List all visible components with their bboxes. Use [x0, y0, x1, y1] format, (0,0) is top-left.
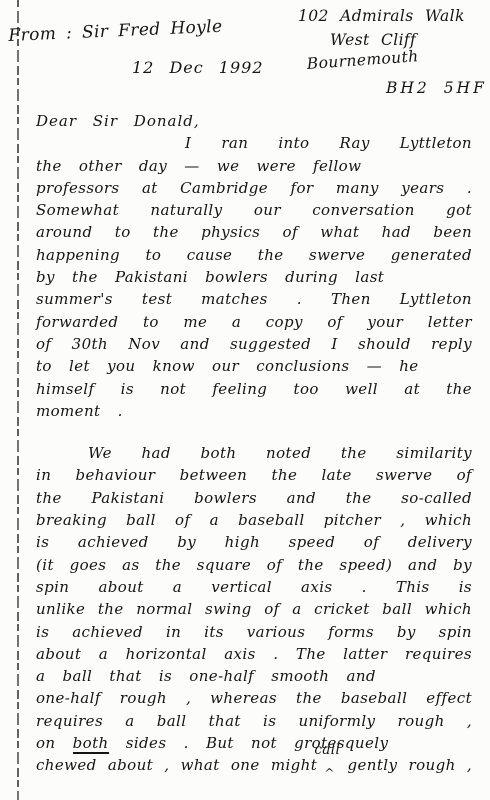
body-line: moment . [36, 400, 472, 422]
body-line: around to the physics of what had been [36, 221, 472, 243]
salutation: Dear Sir Donald, [36, 110, 472, 132]
body-line: We had both noted the similarity [36, 442, 472, 464]
scanned-page-edge-line [17, 0, 19, 800]
body-line: by the Pakistani bowlers during last [36, 266, 472, 288]
body-line: forwarded to me a copy of your letter [36, 311, 472, 333]
body-line: requires a ball that is uniformly rough … [36, 710, 472, 732]
body-line: a ball that is one-half smooth and [36, 665, 472, 687]
paragraph-2: We had both noted the similarityin behav… [36, 442, 472, 776]
inserted-word: call [314, 739, 340, 761]
underlined-word: both [73, 734, 109, 754]
body-line: about a horizontal axis . The latter req… [36, 643, 472, 665]
body-line: (it goes as the square of the speed) and… [36, 554, 472, 576]
address-block: 102 Admirals WalkWest CliffBournemouthBH… [282, 4, 490, 100]
body-line: spin about a vertical axis . This is [36, 576, 472, 598]
sender-line: From : Sir Fred Hoyle [8, 17, 223, 46]
date-line: 12 Dec 1992 [132, 58, 264, 77]
body-line: of 30th Nov and suggested I should reply [36, 333, 472, 355]
body-line: the Pakistani bowlers and the so-called [36, 487, 472, 509]
body-line: to let you know our conclusions — he [36, 355, 472, 377]
body-line: himself is not feeling too well at the [36, 378, 472, 400]
body-line: on both sides . But not grotesquely [36, 732, 472, 754]
address-line: 102 Admirals Walk [298, 4, 490, 28]
body-line: in behaviour between the late swerve of [36, 464, 472, 486]
body-line: I ran into Ray Lyttleton [36, 132, 472, 154]
body-line: one-half rough , whereas the baseball ef… [36, 687, 472, 709]
body-line: Somewhat naturally our conversation got [36, 199, 472, 221]
insertion-mark: ^call [328, 755, 336, 770]
body-line: unlike the normal swing of a cricket bal… [36, 598, 472, 620]
body-line: is achieved in its various forms by spin [36, 621, 472, 643]
address-line: BH2 5HF [386, 76, 490, 100]
body-line: the other day — we were fellow [36, 155, 472, 177]
body-line: professors at Cambridge for many years . [36, 177, 472, 199]
body-line: is achieved by high speed of delivery [36, 531, 472, 553]
body-line: breaking ball of a baseball pitcher , wh… [36, 509, 472, 531]
body-line: chewed about , what one might ^call gent… [36, 754, 472, 776]
paragraph-1: I ran into Ray Lyttletonthe other day — … [36, 132, 472, 422]
body-line: happening to cause the swerve generated [36, 244, 472, 266]
body-line: summer's test matches . Then Lyttleton [36, 288, 472, 310]
letter-body: Dear Sir Donald, I ran into Ray Lyttleto… [36, 110, 472, 777]
letter-page: From : Sir Fred Hoyle 12 Dec 1992 102 Ad… [0, 0, 490, 800]
caret-icon: ^ [324, 762, 334, 784]
